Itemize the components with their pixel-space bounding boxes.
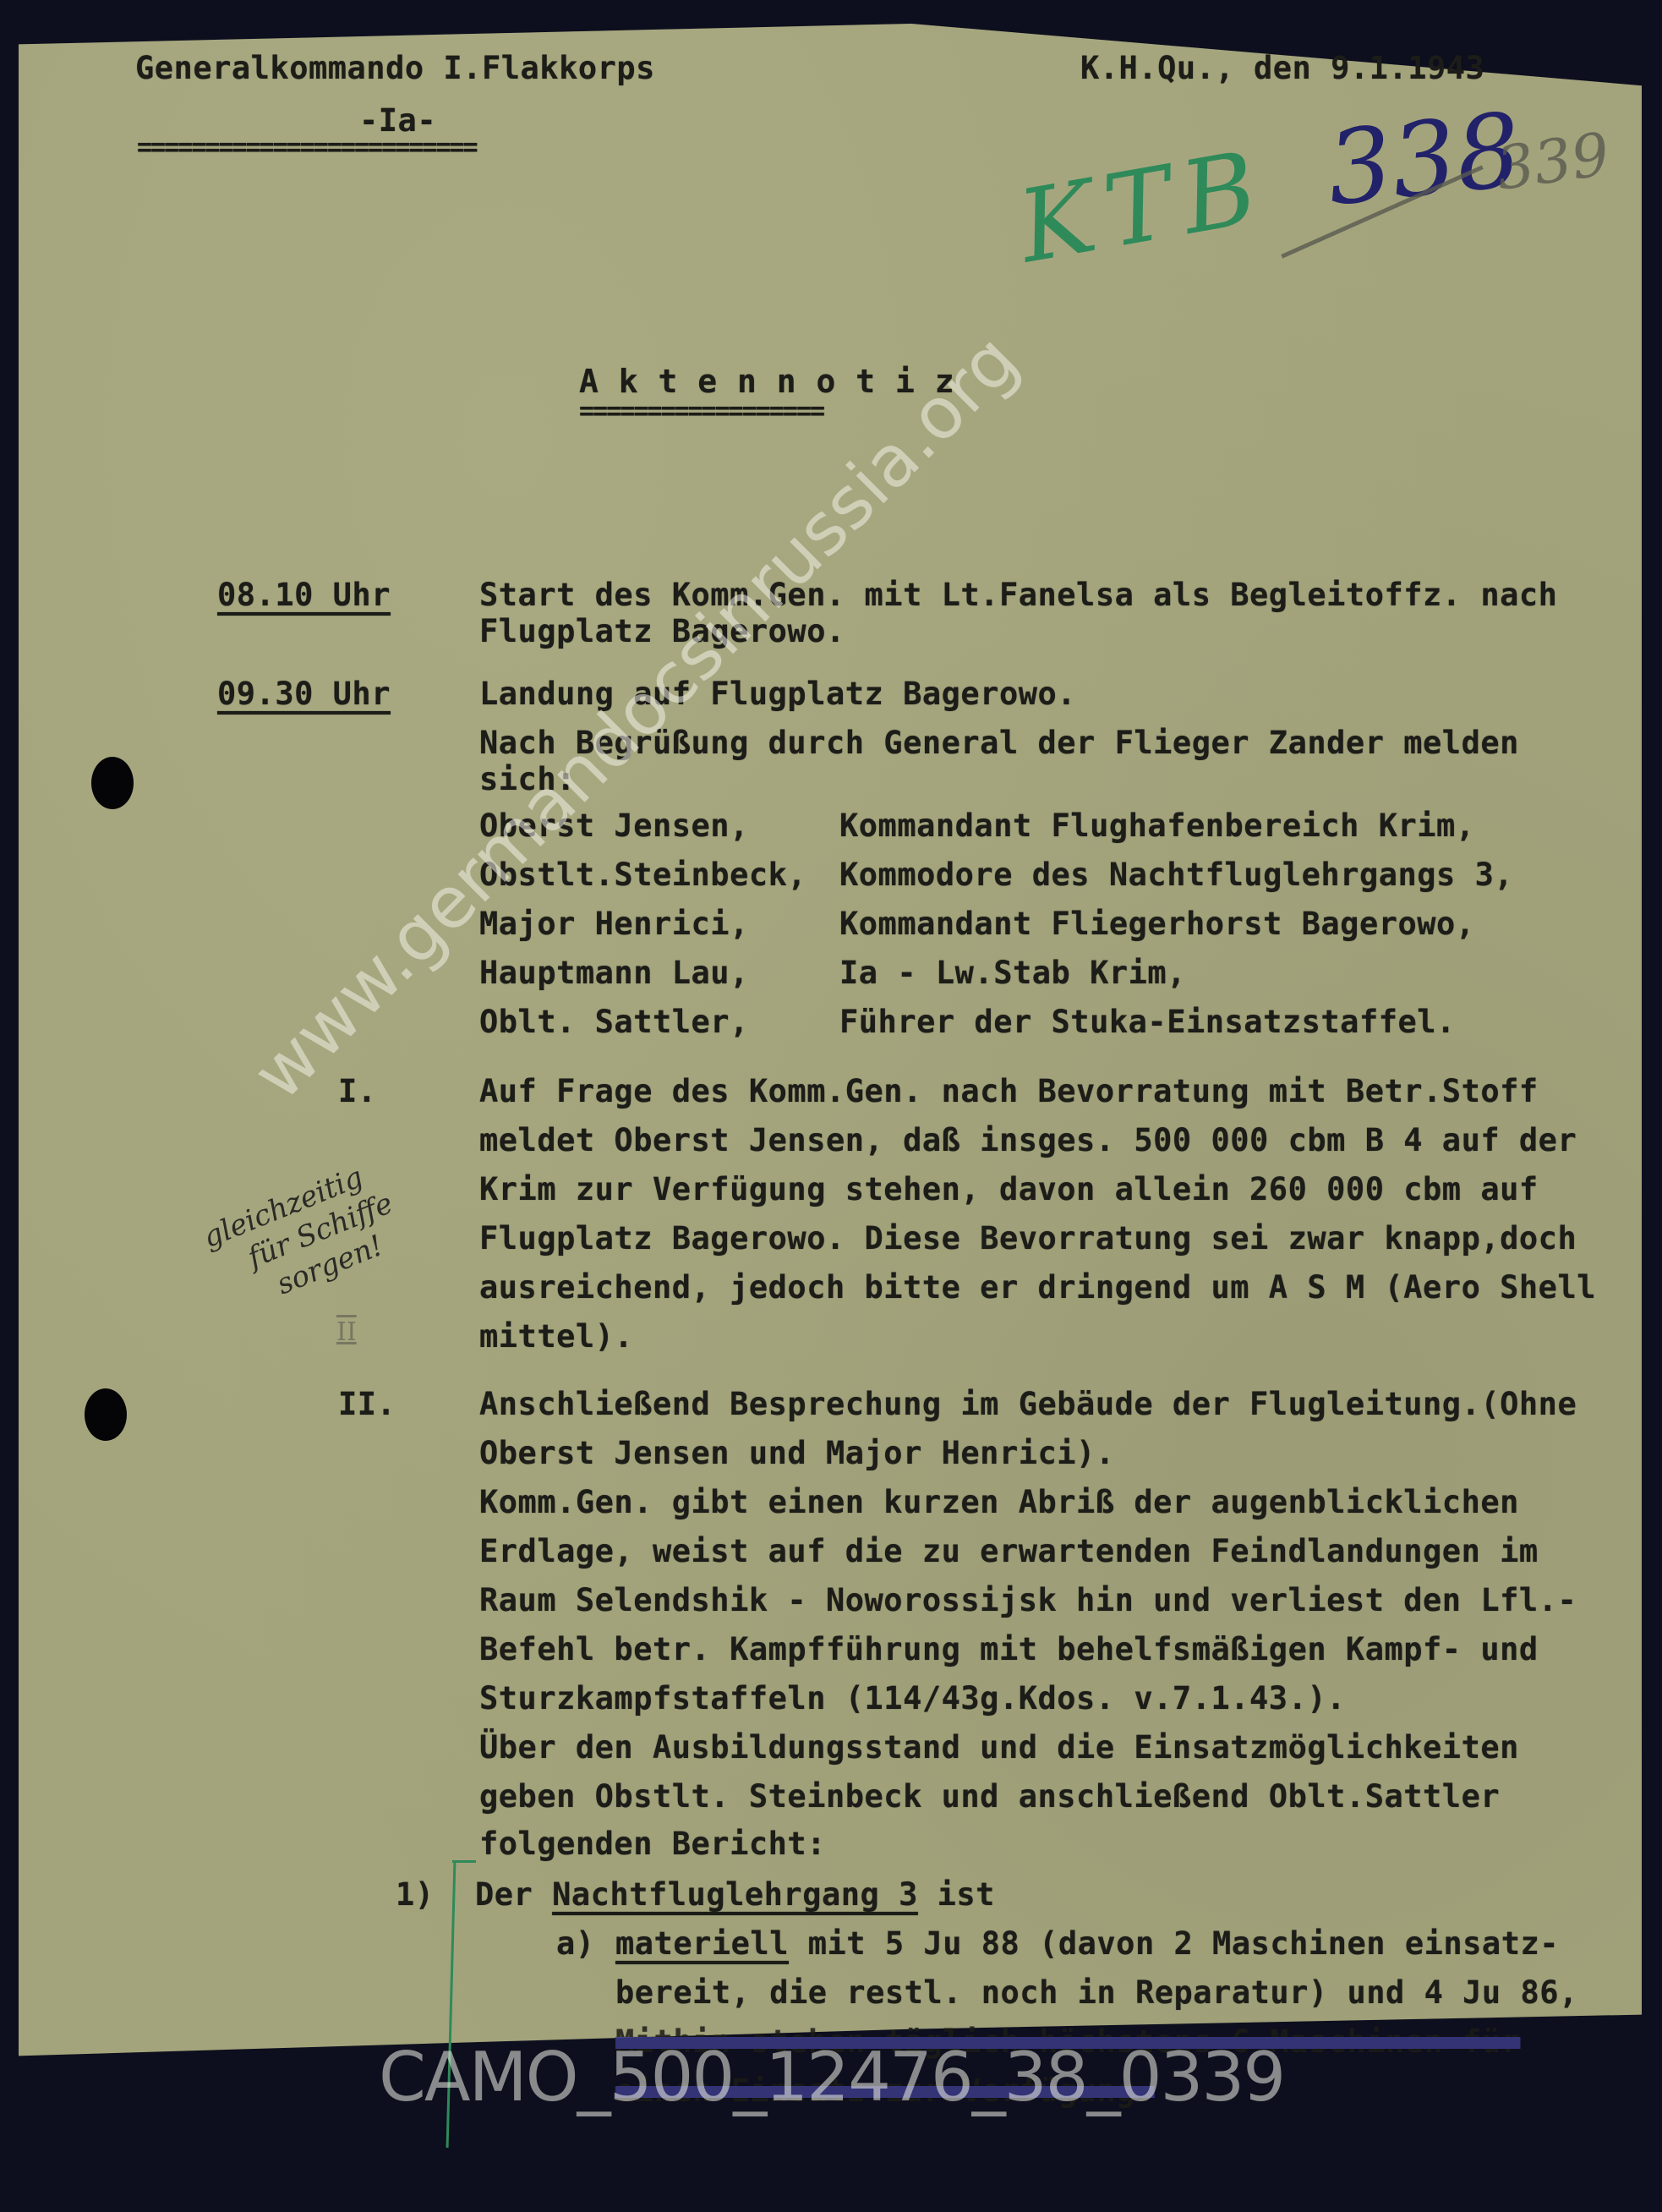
section-line: Auf Frage des Komm.Gen. nach Bevorratung… (479, 1076, 1539, 1107)
section-line: meldet Oberst Jensen, daß insges. 500 00… (479, 1125, 1577, 1156)
header-place-date: K.H.Qu., den 9.1.1943 (1080, 52, 1484, 84)
attendee-role: Kommandant Flughafenbereich Krim, (839, 810, 1475, 841)
attendee-name: Obstlt.Steinbeck, (479, 859, 806, 890)
attendee-name: Oberst Jensen, (479, 810, 749, 841)
section-line: mittel). (479, 1321, 633, 1352)
report-sub-rest: mit 5 Ju 88 (davon 2 Maschinen einsatz- (789, 1925, 1559, 1962)
section-label-I: I. (338, 1076, 377, 1107)
report-item-pre: Der (475, 1876, 552, 1913)
entry-line: Nach Begrüßung durch General der Flieger… (479, 727, 1519, 758)
header-department: -Ia- (359, 105, 436, 136)
entry-time-0930: 09.30 Uhr (217, 678, 391, 709)
margin-mark: II (336, 1317, 357, 1347)
section-line: Komm.Gen. gibt einen kurzen Abriß der au… (479, 1487, 1519, 1518)
green-bracket-top (452, 1860, 476, 1863)
section-line: Erdlage, weist auf die zu erwartenden Fe… (479, 1536, 1539, 1567)
document-title: A k t e n n o t i z (579, 365, 954, 397)
section-line: folgenden Bericht: (479, 1828, 826, 1859)
section-line: geben Obstlt. Steinbeck und anschließend… (479, 1781, 1500, 1812)
report-sub-line: materiell mit 5 Ju 88 (davon 2 Maschinen… (615, 1928, 1559, 1959)
report-item-line: Der Nachtfluglehrgang 3 ist (475, 1879, 995, 1910)
section-label-II: II. (338, 1388, 396, 1420)
attendee-name: Hauptmann Lau, (479, 957, 749, 988)
entry-line: sich: (479, 764, 576, 795)
section-line: Flugplatz Bagerowo. Diese Bevorratung se… (479, 1223, 1577, 1254)
report-sub-label: a) (556, 1928, 595, 1959)
section-line: Krim zur Verfügung stehen, davon allein … (479, 1174, 1539, 1205)
struck-line: einen Einsatz zur Verfügung. (615, 2075, 1155, 2106)
report-item-label: 1) (396, 1879, 435, 1910)
document-page (19, 24, 1642, 2087)
report-sub-underlined: materiell (615, 1925, 789, 1962)
attendee-name: Major Henrici, (479, 908, 749, 939)
entry-line: Landung auf Flugplatz Bagerowo. (479, 678, 1076, 709)
report-sub-line: bereit, die restl. noch in Reparatur) un… (615, 1977, 1578, 2008)
attendee-role: Führer der Stuka-Einsatzstaffel. (839, 1006, 1456, 1038)
report-item-underlined: Nachtfluglehrgang 3 (552, 1876, 918, 1913)
entry-time-0810: 08.10 Uhr (217, 579, 391, 610)
entry-line: Start des Komm.Gen. mit Lt.Fanelsa als B… (479, 579, 1557, 610)
report-item-post: ist (918, 1876, 995, 1913)
section-line: Anschließend Besprechung im Gebäude der … (479, 1388, 1577, 1420)
title-rule: ================== (579, 399, 823, 424)
section-line: ausreichend, jedoch bitte er dringend um… (479, 1272, 1596, 1303)
punch-hole-bottom (85, 1388, 127, 1441)
attendee-role: Kommandant Fliegerhorst Bagerowo, (839, 908, 1475, 939)
section-line: Sturzkampfstaffeln (114/43g.Kdos. v.7.1.… (479, 1683, 1346, 1714)
header-organization: Generalkommando I.Flakkorps (135, 52, 655, 84)
header-rule: ========================= (137, 135, 477, 161)
punch-hole-top (91, 757, 134, 809)
entry-line: Flugplatz Bagerowo. (479, 616, 845, 647)
attendee-role: Ia - Lw.Stab Krim, (839, 957, 1186, 988)
section-line: Oberst Jensen und Major Henrici). (479, 1437, 1115, 1469)
attendee-name: Oblt. Sattler, (479, 1006, 749, 1038)
struck-line: Mithin stehen täglich höchstens 6 Maschi… (615, 2026, 1520, 2057)
attendee-role: Kommodore des Nachtfluglehrgangs 3, (839, 859, 1513, 890)
section-line: Über den Ausbildungsstand und die Einsat… (479, 1732, 1519, 1763)
section-line: Raum Selendshik - Noworossijsk hin und v… (479, 1585, 1577, 1616)
section-line: Befehl betr. Kampfführung mit behelfsmäß… (479, 1634, 1539, 1665)
